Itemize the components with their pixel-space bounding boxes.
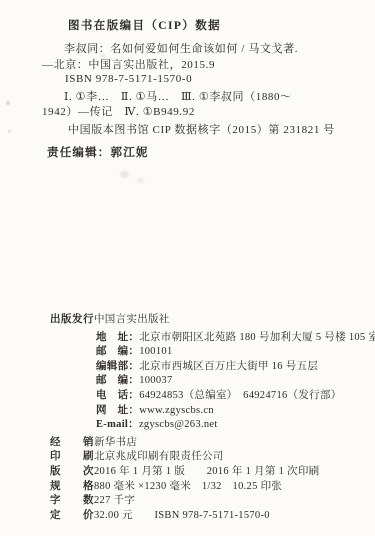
postcode-2-value: 100037	[139, 375, 172, 386]
address-value: 北京市朝阳区北苑路 180 号加利大厦 5 号楼 105 室	[139, 332, 375, 343]
colophon-row-edition: 版 次 2016 年 1 月第 1 版 2016 年 1 月第 1 次印刷	[0, 463, 375, 478]
editorial-dept-label: 编辑部：	[96, 361, 139, 372]
format-value: 880 毫米 ×1230 毫米 1/32 10.25 印张	[94, 478, 282, 493]
colophon-row-word-count: 字 数 227 千字	[0, 492, 375, 507]
website-value: www.zgyscbs.cn	[139, 405, 214, 416]
format-label: 规 格	[50, 478, 94, 493]
cip-publication-line: —北京：中国言实出版社，2015.9	[42, 59, 215, 72]
price-value: 32.00 元 ISBN 978-7-5171-1570-0	[94, 507, 270, 522]
publisher-value: 中国言实出版社	[94, 311, 170, 326]
printer-label: 印 刷	[50, 448, 94, 463]
scan-speck	[6, 101, 10, 105]
postcode-2-label: 邮 编：	[96, 375, 139, 386]
price-label: 定 价	[50, 507, 94, 522]
word-count-label: 字 数	[50, 492, 94, 507]
scan-speck	[120, 171, 129, 178]
colophon-row-address: 地 址：北京市朝阳区北苑路 180 号加利大厦 5 号楼 105 室	[0, 329, 375, 344]
colophon-row-editorial-dept: 编辑部：北京市西城区百万庄大街甲 16 号五层	[0, 358, 375, 373]
colophon-row-price: 定 价 32.00 元 ISBN 978-7-5171-1570-0	[0, 507, 375, 522]
edition-label: 版 次	[50, 463, 94, 478]
email-value: zgyscbs@263.net	[139, 419, 218, 430]
colophon-row-phone: 电 话：64924853（总编室） 64924716（发行部）	[0, 387, 375, 402]
cip-classification-line-1: Ⅰ. ①李… Ⅱ. ①马… Ⅲ. ①李叔同（1880～	[64, 91, 292, 104]
cip-title: 图书在版编目（CIP）数据	[68, 20, 221, 33]
email-label: E-mail：	[96, 419, 139, 430]
scan-speck	[137, 178, 144, 183]
postcode-1-label: 邮 编：	[96, 346, 139, 357]
cip-classification-line-2: 1942）—传记 Ⅳ. ①B949.92	[42, 106, 195, 119]
postcode-1-value: 100101	[139, 346, 172, 357]
phone-label: 电 话：	[96, 390, 139, 401]
distributor-label: 经 销	[50, 434, 94, 449]
responsible-editor-line: 责任编辑：郭江妮	[47, 147, 149, 160]
colophon-row-postcode-1: 邮 编：100101	[0, 343, 375, 358]
colophon-block: 出版发行 中国言实出版社 地 址：北京市朝阳区北苑路 180 号加利大厦 5 号…	[0, 311, 375, 521]
colophon-row-email: E-mail：zgyscbs@263.net	[0, 416, 375, 431]
address-label: 地 址：	[96, 332, 139, 343]
colophon-row-publisher: 出版发行 中国言实出版社	[0, 311, 375, 326]
colophon-row-printer: 印 刷 北京兆成印刷有限责任公司	[0, 448, 375, 463]
colophon-row-format: 规 格 880 毫米 ×1230 毫米 1/32 10.25 印张	[0, 478, 375, 493]
colophon-row-distributor: 经 销 新华书店	[0, 434, 375, 449]
scan-speck	[8, 130, 11, 133]
publisher-label: 出版发行	[50, 311, 94, 326]
colophon-row-postcode-2: 邮 编：100037	[0, 372, 375, 387]
cip-record-number: 中国版本图书馆 CIP 数据核字（2015）第 231821 号	[68, 124, 335, 137]
copyright-page: 图书在版编目（CIP）数据 李叔同：名如何爱如何生命该如何 / 马文戈著. —北…	[0, 0, 375, 536]
printer-value: 北京兆成印刷有限责任公司	[94, 448, 224, 463]
distributor-value: 新华书店	[94, 434, 137, 449]
word-count-value: 227 千字	[94, 492, 135, 507]
website-label: 网 址：	[96, 405, 139, 416]
edition-value: 2016 年 1 月第 1 版 2016 年 1 月第 1 次印刷	[94, 463, 319, 478]
cip-title-statement: 李叔同：名如何爱如何生命该如何 / 马文戈著.	[64, 43, 298, 56]
phone-value: 64924853（总编室） 64924716（发行部）	[139, 390, 341, 401]
colophon-row-website: 网 址：www.zgyscbs.cn	[0, 402, 375, 417]
editorial-dept-value: 北京市西城区百万庄大街甲 16 号五层	[139, 361, 318, 372]
cip-isbn: ISBN 978-7-5171-1570-0	[65, 73, 192, 86]
